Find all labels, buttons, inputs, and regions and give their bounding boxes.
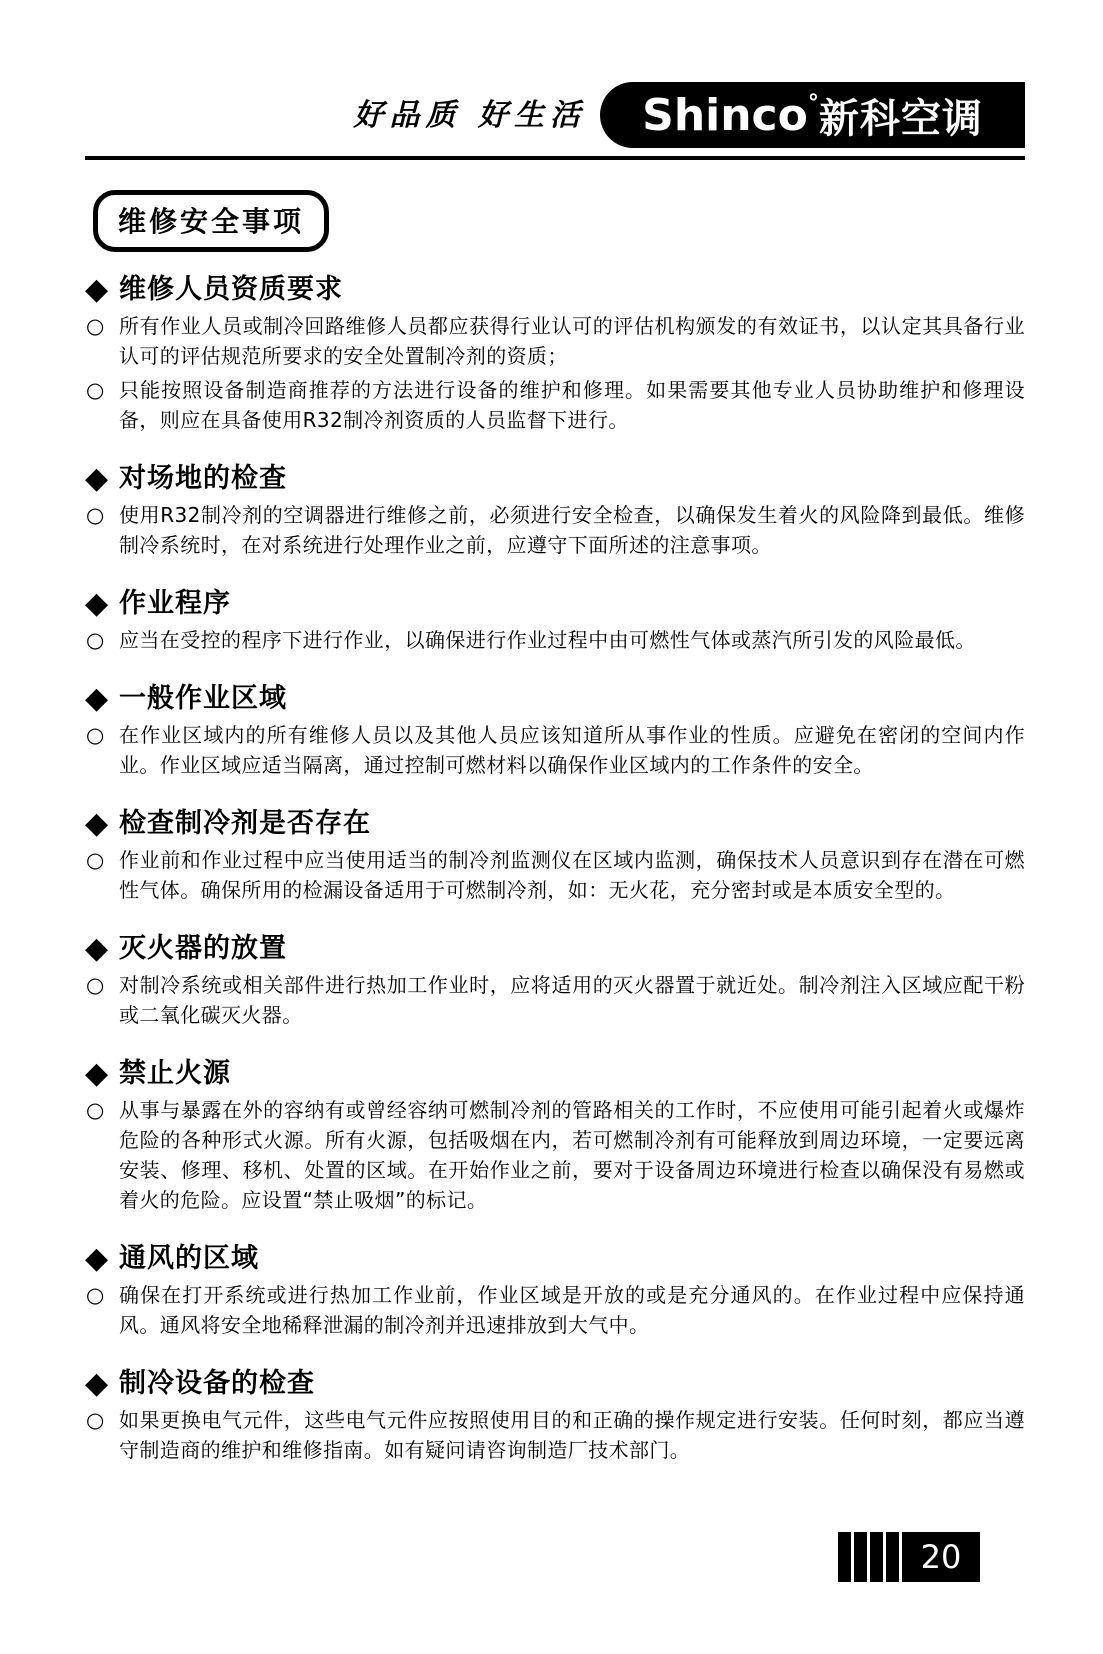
section-title: 灭火器的放置 [119,933,287,965]
section-work-procedure: ◆ 作业程序 ○ 应当在受控的程序下进行作业，以确保进行作业过程中由可燃性气体或… [85,588,1025,655]
section-heading-row: ◆ 一般作业区域 [85,683,1025,715]
section-heading-row: ◆ 制冷设备的检查 [85,1368,1025,1400]
item-text: 确保在打开系统或进行热加工作业前，作业区域是开放的或是充分通风的。在作业过程中应… [119,1280,1025,1340]
header-divider [85,156,1025,160]
logo-chinese-text: 新科空调 [819,87,983,144]
section-qualifications: ◆ 维修人员资质要求 ○ 所有作业人员或制冷回路维修人员都应获得行业认可的评估机… [85,274,1025,435]
brand-slogan: 好品质 好生活 [354,90,586,148]
section-title: 检查制冷剂是否存在 [119,808,371,840]
circle-bullet-icon: ○ [85,1280,119,1310]
diamond-bullet-icon: ◆ [85,683,119,715]
footer-bars-decoration [838,1532,902,1582]
section-heading-row: ◆ 检查制冷剂是否存在 [85,808,1025,840]
footer-bar [854,1532,867,1582]
section-item: ○ 作业前和作业过程中应当使用适当的制冷剂监测仪在区域内监测，确保技术人员意识到… [85,845,1025,905]
section-general-work-area: ◆ 一般作业区域 ○ 在作业区域内的所有维修人员以及其他人员应该知道所从事作业的… [85,683,1025,780]
section-item: ○ 从事与暴露在外的容纳有或曾经容纳可燃制冷剂的管路相关的工作时，不应使用可能引… [85,1095,1025,1215]
circle-bullet-icon: ○ [85,845,119,875]
diamond-bullet-icon: ◆ [85,933,119,965]
section-heading-row: ◆ 通风的区域 [85,1243,1025,1275]
section-title: 制冷设备的检查 [119,1368,315,1400]
page-number-badge: 20 [902,1532,980,1582]
section-title: 禁止火源 [119,1058,231,1090]
section-title: 一般作业区域 [119,683,287,715]
section-item: ○ 对制冷系统或相关部件进行热加工作业时，应将适用的灭火器置于就近处。制冷剂注入… [85,970,1025,1030]
section-title: 作业程序 [119,588,231,620]
circle-bullet-icon: ○ [85,970,119,1000]
shinco-logo: Shinco°新科空调 [600,82,1025,148]
footer-bar [870,1532,883,1582]
section-fire-extinguisher: ◆ 灭火器的放置 ○ 对制冷系统或相关部件进行热加工作业时，应将适用的灭火器置于… [85,933,1025,1030]
section-item: ○ 确保在打开系统或进行热加工作业前，作业区域是开放的或是充分通风的。在作业过程… [85,1280,1025,1340]
section-heading-row: ◆ 对场地的检查 [85,463,1025,495]
item-text: 对制冷系统或相关部件进行热加工作业时，应将适用的灭火器置于就近处。制冷剂注入区域… [119,970,1025,1030]
section-heading-row: ◆ 禁止火源 [85,1058,1025,1090]
footer-bar [886,1532,899,1582]
section-item: ○ 使用R32制冷剂的空调器进行维修之前，必须进行安全检查，以确保发生着火的风险… [85,500,1025,560]
footer-bar [838,1532,851,1582]
section-item: ○ 只能按照设备制造商推荐的方法进行设备的维护和修理。如果需要其他专业人员协助维… [85,375,1025,435]
section-title: 对场地的检查 [119,463,287,495]
section-heading-row: ◆ 作业程序 [85,588,1025,620]
diamond-bullet-icon: ◆ [85,808,119,840]
section-title: 维修人员资质要求 [119,274,343,306]
diamond-bullet-icon: ◆ [85,1243,119,1275]
logo-trademark-mark: ° [808,91,819,116]
section-item: ○ 如果更换电气元件，这些电气元件应按照使用目的和正确的操作规定进行安装。任何时… [85,1405,1025,1465]
item-text: 作业前和作业过程中应当使用适当的制冷剂监测仪在区域内监测，确保技术人员意识到存在… [119,845,1025,905]
diamond-bullet-icon: ◆ [85,588,119,620]
section-title: 通风的区域 [119,1243,259,1275]
circle-bullet-icon: ○ [85,375,119,405]
section-site-inspection: ◆ 对场地的检查 ○ 使用R32制冷剂的空调器进行维修之前，必须进行安全检查，以… [85,463,1025,560]
section-item: ○ 在作业区域内的所有维修人员以及其他人员应该知道所从事作业的性质。应避免在密闭… [85,720,1025,780]
item-text: 在作业区域内的所有维修人员以及其他人员应该知道所从事作业的性质。应避免在密闭的空… [119,720,1025,780]
diamond-bullet-icon: ◆ [85,1058,119,1090]
circle-bullet-icon: ○ [85,1405,119,1435]
circle-bullet-icon: ○ [85,500,119,530]
page-footer: 20 [838,1532,980,1582]
section-equipment-check: ◆ 制冷设备的检查 ○ 如果更换电气元件，这些电气元件应按照使用目的和正确的操作… [85,1368,1025,1465]
item-text: 使用R32制冷剂的空调器进行维修之前，必须进行安全检查，以确保发生着火的风险降到… [119,500,1025,560]
sections-container: ◆ 维修人员资质要求 ○ 所有作业人员或制冷回路维修人员都应获得行业认可的评估机… [85,274,1025,1465]
section-ventilated-area: ◆ 通风的区域 ○ 确保在打开系统或进行热加工作业前，作业区域是开放的或是充分通… [85,1243,1025,1340]
section-no-ignition-sources: ◆ 禁止火源 ○ 从事与暴露在外的容纳有或曾经容纳可燃制冷剂的管路相关的工作时，… [85,1058,1025,1215]
diamond-bullet-icon: ◆ [85,274,119,306]
section-item: ○ 应当在受控的程序下进行作业，以确保进行作业过程中由可燃性气体或蒸汽所引发的风… [85,625,1025,655]
item-text: 应当在受控的程序下进行作业，以确保进行作业过程中由可燃性气体或蒸汽所引发的风险最… [119,625,976,655]
section-item: ○ 所有作业人员或制冷回路维修人员都应获得行业认可的评估机构颁发的有效证书，以认… [85,311,1025,371]
page-title: 维修安全事项 [93,190,329,252]
item-text: 如果更换电气元件，这些电气元件应按照使用目的和正确的操作规定进行安装。任何时刻，… [119,1405,1025,1465]
section-heading-row: ◆ 灭火器的放置 [85,933,1025,965]
diamond-bullet-icon: ◆ [85,1368,119,1400]
page-header: 好品质 好生活 Shinco°新科空调 [85,0,1025,148]
section-heading-row: ◆ 维修人员资质要求 [85,274,1025,306]
manual-page: 好品质 好生活 Shinco°新科空调 维修安全事项 ◆ 维修人员资质要求 ○ … [0,0,1103,1654]
item-text: 只能按照设备制造商推荐的方法进行设备的维护和修理。如果需要其他专业人员协助维护和… [119,375,1025,435]
diamond-bullet-icon: ◆ [85,463,119,495]
item-text: 所有作业人员或制冷回路维修人员都应获得行业认可的评估机构颁发的有效证书，以认定其… [119,311,1025,371]
section-refrigerant-check: ◆ 检查制冷剂是否存在 ○ 作业前和作业过程中应当使用适当的制冷剂监测仪在区域内… [85,808,1025,905]
logo-latin-text: Shinco [642,90,808,141]
circle-bullet-icon: ○ [85,1095,119,1125]
item-text: 从事与暴露在外的容纳有或曾经容纳可燃制冷剂的管路相关的工作时，不应使用可能引起着… [119,1095,1025,1215]
circle-bullet-icon: ○ [85,625,119,655]
circle-bullet-icon: ○ [85,311,119,341]
circle-bullet-icon: ○ [85,720,119,750]
